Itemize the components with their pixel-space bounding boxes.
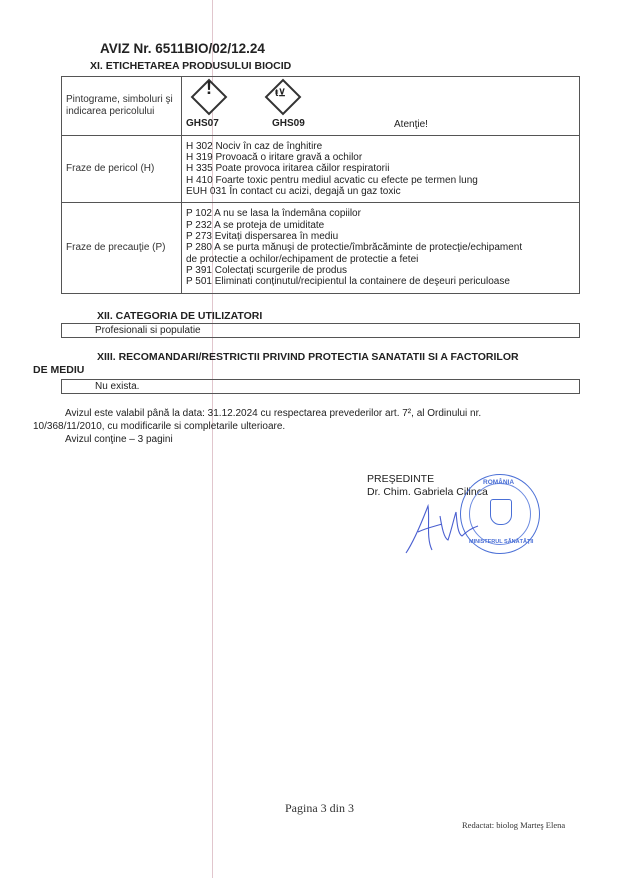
pictograms-row: Pintograme, simboluri şi indicarea peric… — [62, 77, 580, 136]
section-xiii-heading-cont: DE MEDIU — [33, 364, 84, 376]
validity-line-2: 10/368/11/2010, cu modificarile si compl… — [33, 421, 285, 433]
section-xi-heading: XI. ETICHETAREA PRODUSULUI BIOCID — [90, 60, 291, 72]
hazard-statement: H 335 Poate provoca iritarea căilor resp… — [186, 163, 575, 174]
coat-of-arms-icon — [490, 499, 512, 525]
section-xiii-heading: XIII. RECOMANDARI/RESTRICTII PRIVIND PRO… — [97, 351, 519, 363]
editor-credit: Redactat: biolog Marteş Elena — [462, 820, 565, 830]
pictogram-code: GHS09 — [272, 118, 305, 129]
section-xii-heading: XII. CATEGORIA DE UTILIZATORI — [97, 310, 262, 322]
pictograms-area: ! ŧ⊻ GHS07 GHS09 Atenţie! — [186, 78, 575, 134]
recommendations-box: Nu exista. — [61, 379, 580, 394]
hazard-statement: EUH 031 În contact cu acizi, degajă un g… — [186, 186, 575, 197]
precaution-statement: P 232 A se proteja de umiditate — [186, 220, 575, 231]
pictogram-code: GHS07 — [186, 118, 219, 129]
stamp-top-text: ROMÂNIA — [483, 479, 514, 486]
precaution-statement: P 391 Colectați scurgerile de produs — [186, 265, 575, 276]
handwritten-signature — [402, 498, 482, 560]
precaution-label: Fraze de precauţie (P) — [62, 203, 182, 294]
signal-word: Atenţie! — [394, 119, 428, 130]
page-number: Pagina 3 din 3 — [285, 801, 354, 816]
pictograms-label: Pintograme, simboluri şi indicarea peric… — [62, 77, 182, 136]
user-category-box: Profesionali si populatie — [61, 323, 580, 338]
precaution-statement: de protectie a ochilor/echipament de pro… — [186, 254, 575, 265]
precaution-statement: P 273 Evitați dispersarea în mediu — [186, 231, 575, 242]
hazard-row: Fraze de pericol (H) H 302 Nociv în caz … — [62, 136, 580, 203]
precaution-row: Fraze de precauţie (P) P 102 A nu se las… — [62, 203, 580, 294]
labelling-table: Pintograme, simboluri şi indicarea peric… — [61, 76, 580, 294]
recommendations-value: Nu exista. — [95, 381, 139, 392]
user-category-value: Profesionali si populatie — [95, 325, 201, 336]
pages-count: Avizul conţine – 3 pagini — [65, 434, 173, 446]
hazard-statement: H 319 Provoacă o iritare gravă a ochilor — [186, 152, 575, 163]
precaution-statement: P 501 Eliminati conținutul/recipientul l… — [186, 276, 575, 287]
validity-line-1: Avizul este valabil până la data: 31.12.… — [65, 408, 481, 420]
precaution-statement: P 102 A nu se lasa la îndemâna copiilor — [186, 208, 575, 219]
document-title: AVIZ Nr. 6511BIO/02/12.24 — [100, 41, 265, 56]
signatory-role: PREŞEDINTE — [367, 473, 434, 485]
hazard-statement: H 410 Foarte toxic pentru mediul acvatic… — [186, 175, 575, 186]
hazard-statement: H 302 Nociv în caz de înghitire — [186, 141, 575, 152]
precaution-statement: P 280 A se purta mănuşi de protectie/îmb… — [186, 242, 575, 253]
hazard-label: Fraze de pericol (H) — [62, 136, 182, 203]
